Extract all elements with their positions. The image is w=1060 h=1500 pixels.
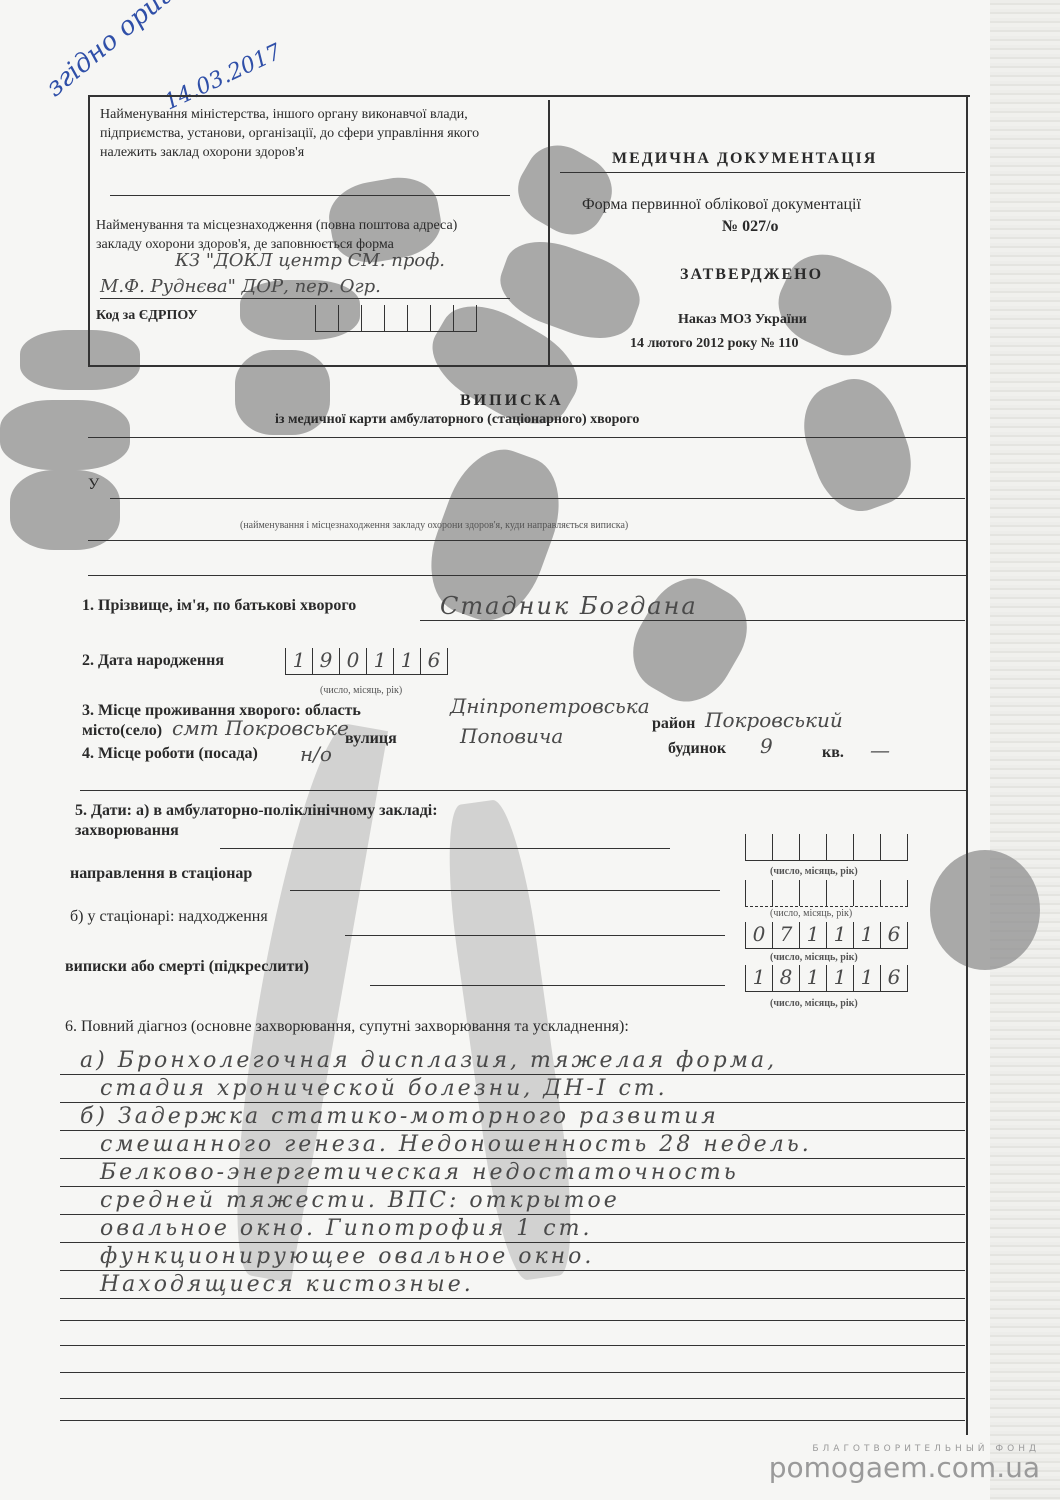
scan-edge <box>990 0 1060 1500</box>
birth-date-caption: (число, місяць, рік) <box>320 685 402 696</box>
house-value: 9 <box>760 734 773 758</box>
frame-left <box>88 95 90 365</box>
header-bottom <box>88 365 968 367</box>
charity-watermark: БЛАГОТВОРИТЕЛЬНЫЙ ФОНД pomogaem.com.ua <box>769 1444 1040 1482</box>
city-value: смт Покровське <box>172 716 349 740</box>
rule <box>60 1420 965 1421</box>
rule <box>60 1398 965 1399</box>
approved-label: ЗАТВЕРДЖЕНО <box>680 266 823 284</box>
rule <box>88 437 968 438</box>
rule <box>60 1242 965 1243</box>
form-label: Форма первинної облікової документації <box>582 196 861 214</box>
date-digit: 8 <box>772 965 799 991</box>
birth-label: 2. Дата народження <box>82 652 224 670</box>
referral-date-boxes <box>745 880 908 907</box>
date-digit: 1 <box>799 922 826 948</box>
illness-label: захворювання <box>75 822 179 840</box>
rule <box>60 1102 965 1103</box>
work-label: 4. Місце роботи (посада) <box>82 745 258 763</box>
date-digit: 1 <box>826 965 853 991</box>
apt-label: кв. <box>822 744 844 762</box>
date-digit: 1 <box>285 648 312 674</box>
rule <box>88 575 968 576</box>
diagnosis-line: Белково-энергетическая недостаточность <box>100 1160 739 1185</box>
frame-right <box>966 95 968 1435</box>
scanned-page: згідно оригіналу 14.03.2017 Найменування… <box>0 0 1060 1500</box>
watermark-blob <box>0 400 130 470</box>
rule <box>60 1214 965 1215</box>
watermark-blob <box>506 133 624 247</box>
rule <box>60 1320 965 1321</box>
street-label: вулиця <box>345 730 397 748</box>
rule <box>60 1345 965 1346</box>
diagnosis-line: стадия хронической болезни, ДН-I ст. <box>100 1076 668 1101</box>
date-digit: 1 <box>393 648 420 674</box>
document-title: ВИПИСКА <box>460 392 564 410</box>
date-digit: 1 <box>799 965 826 991</box>
illness-date-boxes <box>745 834 908 861</box>
rule <box>290 890 720 891</box>
district-label: район <box>652 715 695 733</box>
date-digit: 6 <box>880 965 908 991</box>
watermark-site: pomogaem.com.ua <box>769 1454 1040 1482</box>
city-label: місто(село) <box>82 722 162 740</box>
apt-value: — <box>870 738 890 762</box>
date-digit: 1 <box>745 965 772 991</box>
rule <box>60 1186 965 1187</box>
watermark-blob <box>20 330 140 390</box>
date-digit: 0 <box>339 648 366 674</box>
order-label: Наказ МОЗ України <box>678 312 807 328</box>
rule <box>60 1130 965 1131</box>
facility-value-line2: М.Ф. Руднєва" ДОР, пер. Огр. <box>100 276 381 297</box>
diagnosis-line: средней тяжести. ВПС: открытое <box>100 1188 620 1213</box>
watermark-blob <box>10 470 120 550</box>
house-label: будинок <box>668 740 726 758</box>
rule <box>60 1270 965 1271</box>
rule <box>110 498 965 499</box>
rule <box>345 935 725 936</box>
diagnosis-line: функционирующее овальное окно. <box>100 1244 594 1269</box>
rule <box>60 1298 965 1299</box>
diagnosis-line: овальное окно. Гипотрофия 1 ст. <box>100 1216 592 1241</box>
ministry-label: Найменування міністерства, іншого органу… <box>100 105 520 162</box>
frame-top <box>88 95 970 97</box>
rule <box>60 1158 965 1159</box>
to-caption: (найменування і місцезнаходження закладу… <box>240 520 628 531</box>
date-digit: 0 <box>745 922 772 948</box>
rule <box>370 985 725 986</box>
admission-date-boxes: 071116 <box>745 922 908 949</box>
facility-label: Найменування та місцезнаходження (повна … <box>96 216 496 254</box>
region-value: Дніпропетровська <box>450 694 650 718</box>
date-caption: (число, місяць, рік) <box>770 952 858 963</box>
rule <box>220 848 670 849</box>
watermark-blob <box>930 850 1040 970</box>
referral-label: направлення в стаціонар <box>70 865 252 883</box>
hospital-label: б) у стаціонарі: надходження <box>70 908 268 926</box>
name-value: Стадник Богдана <box>440 592 698 620</box>
rule <box>560 172 965 173</box>
facility-value-line1: КЗ "ДОКЛ центр СМ. проф. <box>175 250 445 271</box>
rule <box>100 298 510 299</box>
to-label: У <box>88 476 99 494</box>
street-value: Поповича <box>460 724 563 748</box>
rule <box>420 620 965 621</box>
rule <box>80 790 966 791</box>
work-value: н/о <box>300 742 332 766</box>
diagnosis-line: Находящиеся кистозные. <box>100 1272 474 1297</box>
date-caption: (число, місяць, рік) <box>770 908 852 919</box>
discharge-label: виписки або смерті (підкреслити) <box>65 958 309 976</box>
document-subtitle: із медичної карти амбулаторного (стаціон… <box>275 412 639 428</box>
dates-label: 5. Дати: а) в амбулаторно-поліклінічному… <box>75 802 438 820</box>
name-label: 1. Прізвище, ім'я, по батькові хворого <box>82 597 356 615</box>
diagnosis-line: а) Бронхолегочная дисплазия, тяжелая фор… <box>80 1048 777 1073</box>
date-digit: 6 <box>880 922 908 948</box>
date-digit: 6 <box>420 648 448 674</box>
watermark-blob <box>791 368 925 523</box>
diagnosis-line: б) Задержка статико-моторного развития <box>80 1104 719 1129</box>
form-number: № 027/о <box>722 218 779 236</box>
rule <box>110 195 510 196</box>
date-digit: 9 <box>312 648 339 674</box>
order-date: 14 лютого 2012 року № 110 <box>630 336 799 352</box>
diagnosis-line: смешанного генеза. Недоношенность 28 нед… <box>100 1132 812 1157</box>
date-caption: (число, місяць, рік) <box>770 866 858 877</box>
diagnosis-label: 6. Повний діагноз (основне захворювання,… <box>65 1018 629 1036</box>
date-digit: 1 <box>366 648 393 674</box>
discharge-date-boxes: 181116 <box>745 965 908 992</box>
birth-date-boxes: 190116 <box>285 648 448 675</box>
date-caption: (число, місяць, рік) <box>770 998 858 1009</box>
rule <box>60 1074 965 1075</box>
rule <box>60 1372 965 1373</box>
date-digit: 1 <box>826 922 853 948</box>
date-digit: 7 <box>772 922 799 948</box>
edrpou-boxes <box>315 305 477 332</box>
date-digit: 1 <box>853 922 880 948</box>
edrpou-label: Код за ЄДРПОУ <box>96 308 198 324</box>
rule <box>88 540 968 541</box>
date-digit: 1 <box>853 965 880 991</box>
frame-divider <box>548 100 550 365</box>
district-value: Покровський <box>705 708 843 732</box>
medical-doc-title: МЕДИЧНА ДОКУМЕНТАЦІЯ <box>612 150 877 168</box>
